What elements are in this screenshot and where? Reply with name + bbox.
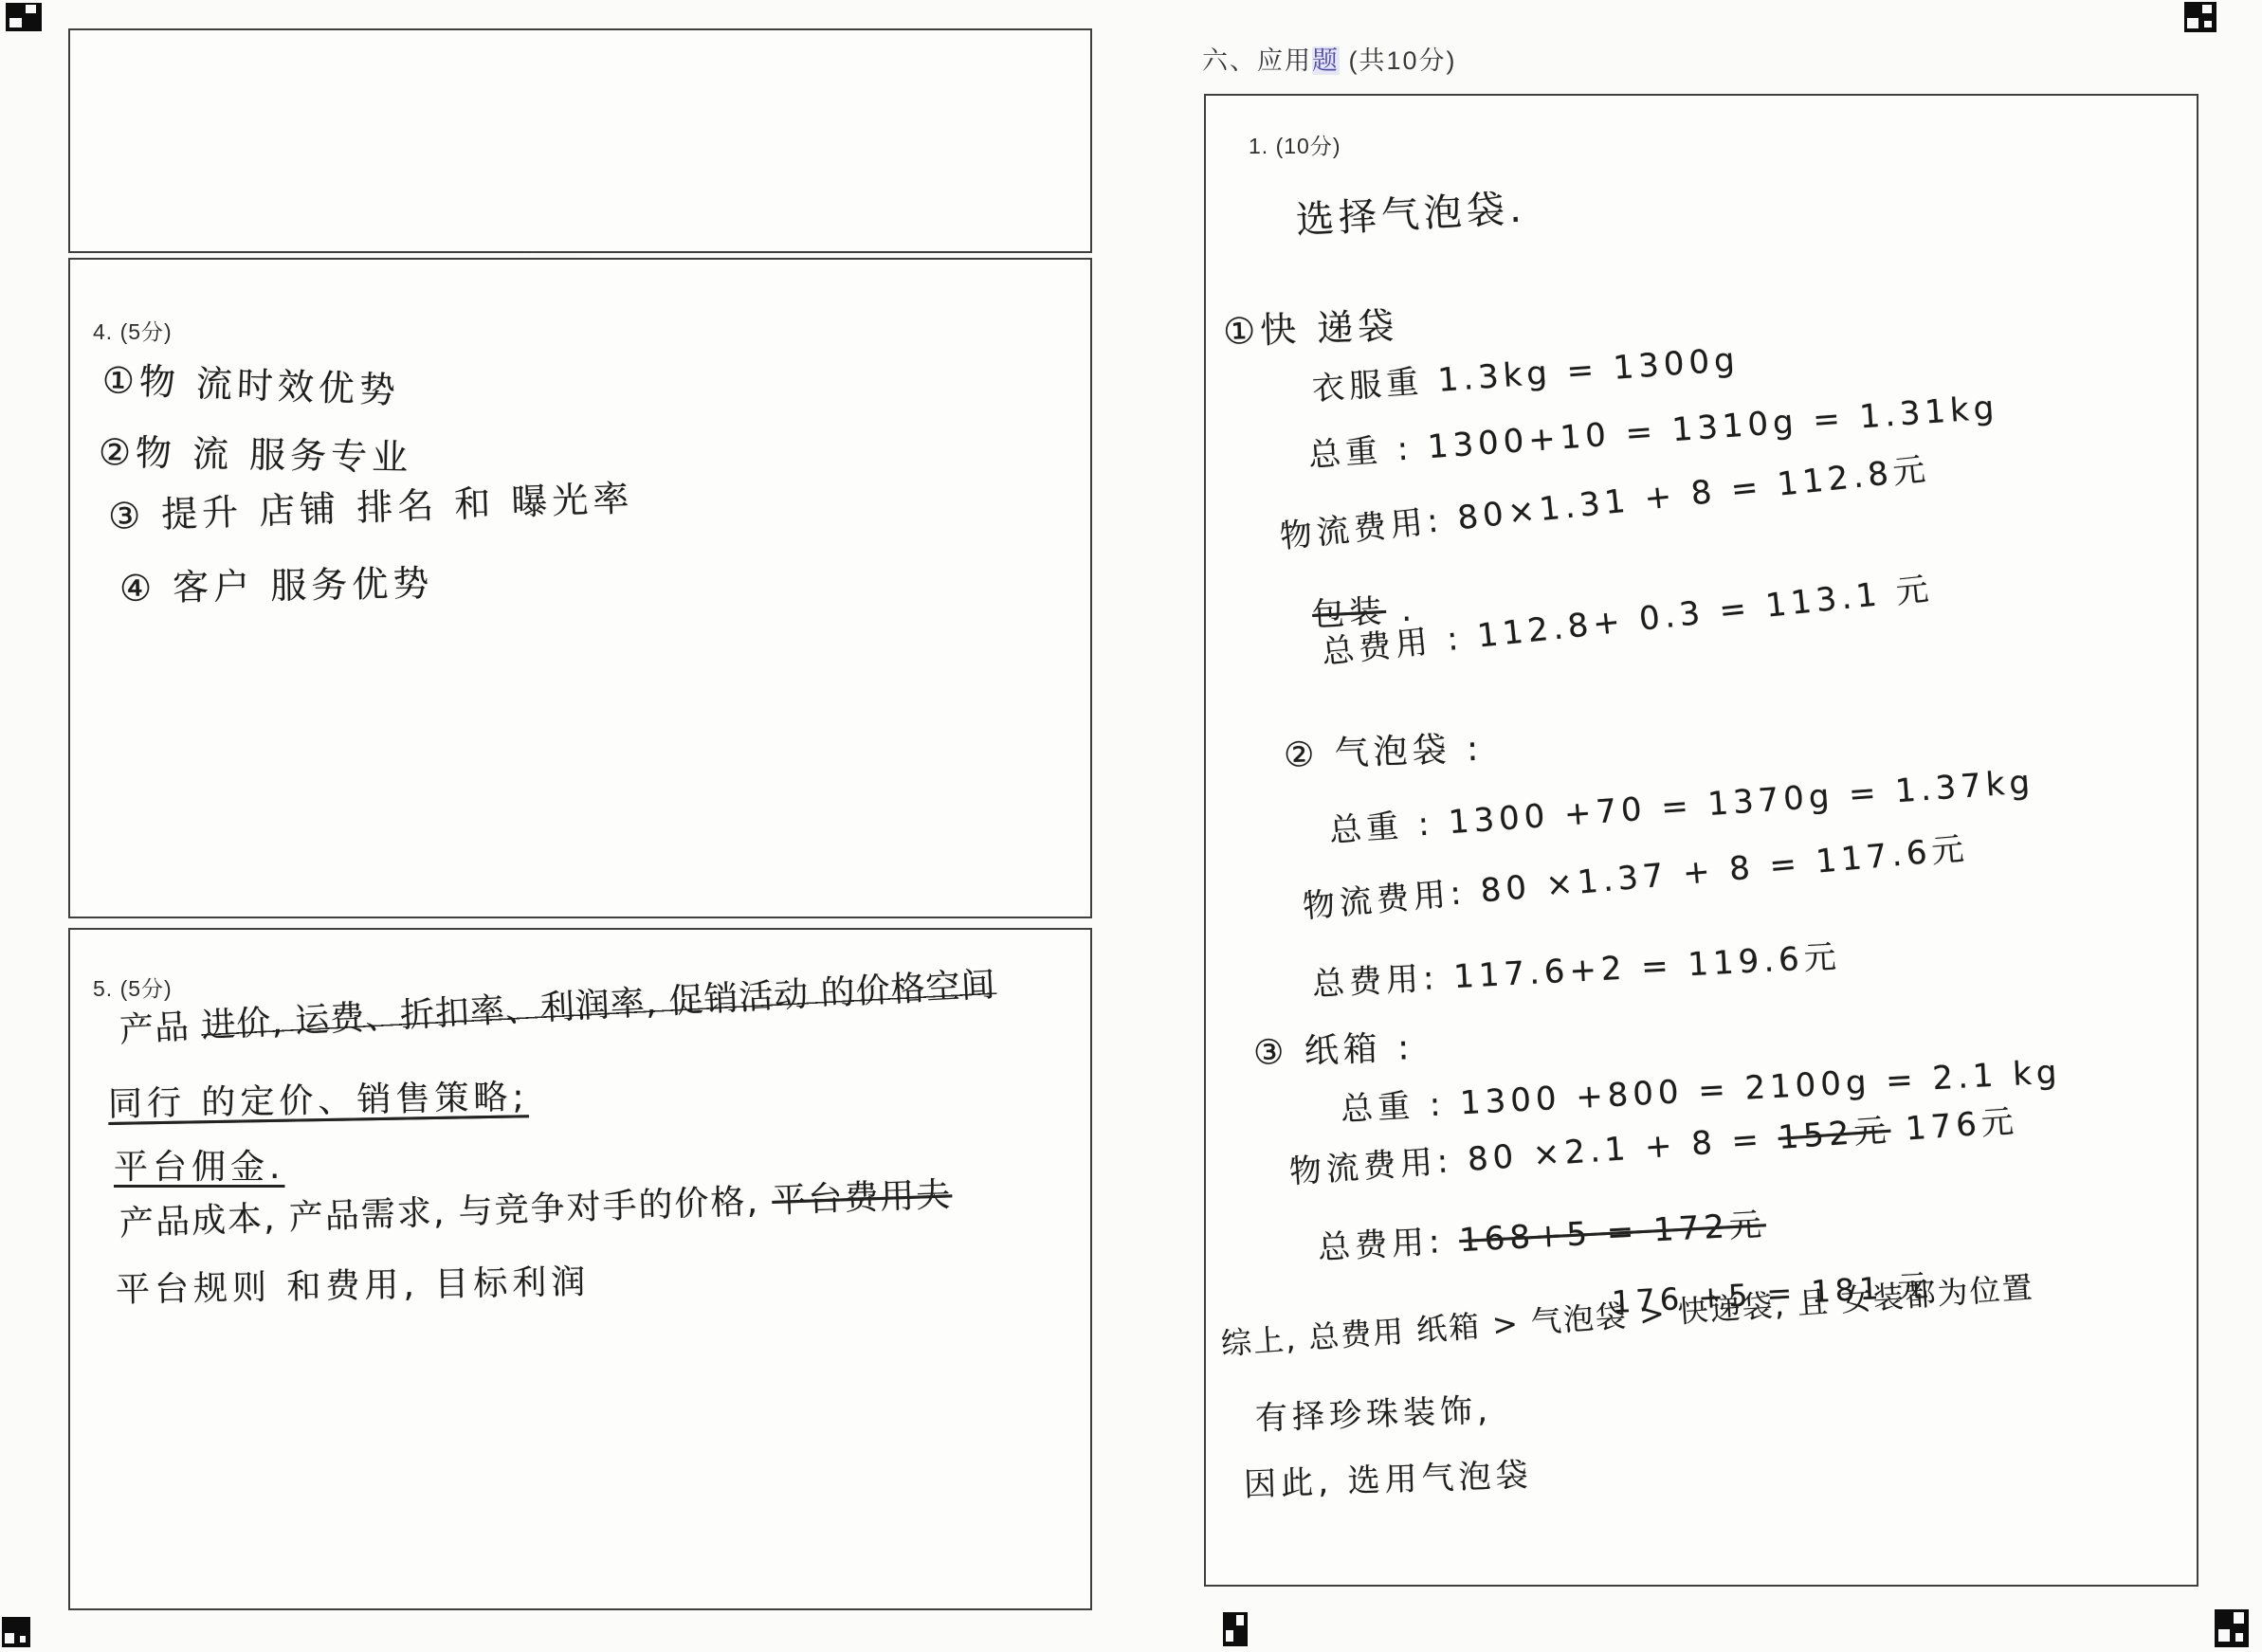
handwriting-segment: 总费用: (1317, 1222, 1460, 1267)
handwriting-segment: ④ 客户 服务优势 (119, 562, 434, 609)
handwriting-line: 总费用: 168+5 = 172元 (1317, 1198, 1767, 1268)
section-header: 六、应用题 (共10分) (1202, 40, 1457, 77)
handwriting-segment: 产品成本, 产品需求, 与竞争对手的价格, (119, 1182, 773, 1244)
handwriting-segment: 产品 (119, 1007, 202, 1049)
application-question-label: 1. (10分) (1249, 129, 1341, 160)
fiducial-marker-bottom-center (1223, 1612, 1248, 1646)
handwriting-line: 总费用: 117.6+2 = 119.6元 (1311, 931, 1842, 1005)
section-header-prefix: 六、应用 (1202, 46, 1312, 75)
answer-box-empty (68, 28, 1092, 253)
handwriting-line: ①物 流时效优势 (101, 351, 401, 413)
handwriting-line: ③ 纸箱 : (1252, 1021, 1414, 1075)
handwriting-line: 有择珍珠装饰, (1254, 1384, 1492, 1439)
handwriting-segment-underline: 同行 的定价、销售策略; (108, 1078, 529, 1124)
answer-box-application-question: 1. (10分) 选择气泡袋.①快 递袋衣服重 1.3kg = 1300g总重 … (1204, 94, 2198, 1587)
handwriting-segment: 有择珍珠装饰, (1254, 1391, 1492, 1438)
handwriting-segment: 物流费用: 80 ×2.1 + 8 = (1288, 1119, 1779, 1191)
handwriting-segment: ③ 提升 店铺 排名 和 曝光率 (107, 478, 634, 537)
handwriting-segment-strike: 152元 (1777, 1112, 1891, 1157)
handwriting-segment-strike: 平台费用夫 (772, 1175, 953, 1221)
handwriting-segment: ①快 递袋 (1222, 305, 1399, 353)
handwriting-segment: ②物 流 服务专业 (99, 431, 413, 479)
handwriting-segment-line-low: 进价, 运费、折扣率、利润率, 促销活动 的价格空间 (200, 966, 996, 1046)
handwriting-line: 因此, 选用气泡袋 (1243, 1448, 1533, 1505)
question5-label: 5. (5分) (93, 971, 173, 1003)
handwriting-segment-strike: 168+5 = 172元 (1458, 1206, 1767, 1260)
handwriting-line: 平台佣金. (114, 1140, 284, 1189)
handwriting-segment: ③ 纸箱 : (1252, 1028, 1414, 1073)
handwriting-line: 选择气泡袋. (1295, 178, 1527, 245)
handwriting-segment: 因此, 选用气泡袋 (1243, 1456, 1533, 1504)
handwriting-segment: ①物 流时效优势 (101, 359, 401, 411)
answer-box-question5: 5. (5分) 产品 进价, 运费、折扣率、利润率, 促销活动 的价格空间同行 … (68, 928, 1092, 1610)
handwriting-segment: 选择气泡袋. (1295, 187, 1527, 243)
handwriting-line: 总费用 : 112.8+ 0.3 = 113.1 元 (1319, 562, 1935, 672)
handwriting-line: ②物 流 服务专业 (99, 423, 413, 481)
handwriting-line: 产品 进价, 运费、折扣率、利润率, 促销活动 的价格空间 (119, 958, 997, 1052)
handwriting-line: ③ 提升 店铺 排名 和 曝光率 (107, 469, 634, 539)
fiducial-marker-top-left (6, 3, 42, 31)
answer-box-question4: 4. (5分) ①物 流时效优势②物 流 服务专业③ 提升 店铺 排名 和 曝光… (68, 258, 1092, 918)
question4-label: 4. (5分) (93, 315, 173, 346)
handwriting-segment: 平台规则 和费用, 目标利润 (116, 1262, 591, 1310)
scanned-exam-sheet: { "header": { "prefix": "六、应用", "highlig… (0, 0, 2262, 1652)
section-header-suffix: (共10分) (1340, 46, 1457, 75)
handwriting-line: 同行 的定价、销售策略; (108, 1070, 529, 1126)
section-header-highlighted-char: 题 (1312, 46, 1340, 75)
handwriting-segment-underline: 平台佣金. (114, 1148, 284, 1187)
handwriting-segment: ② 气泡袋 : (1283, 730, 1484, 775)
handwriting-segment: 176元 (1889, 1102, 2019, 1149)
handwriting-line: ①快 递袋 (1222, 297, 1399, 354)
handwriting-segment: 衣服重 1.3kg = 1300g (1311, 341, 1741, 408)
fiducial-marker-top-right (2184, 2, 2216, 32)
handwriting-segment: 总费用: 117.6+2 = 119.6元 (1311, 938, 1841, 1004)
fiducial-marker-bottom-right (2215, 1609, 2249, 1647)
handwriting-line: ② 气泡袋 : (1283, 722, 1484, 777)
handwriting-line: 平台规则 和费用, 目标利润 (116, 1255, 591, 1312)
fiducial-marker-bottom-left (2, 1617, 30, 1647)
handwriting-line: ④ 客户 服务优势 (119, 554, 434, 611)
